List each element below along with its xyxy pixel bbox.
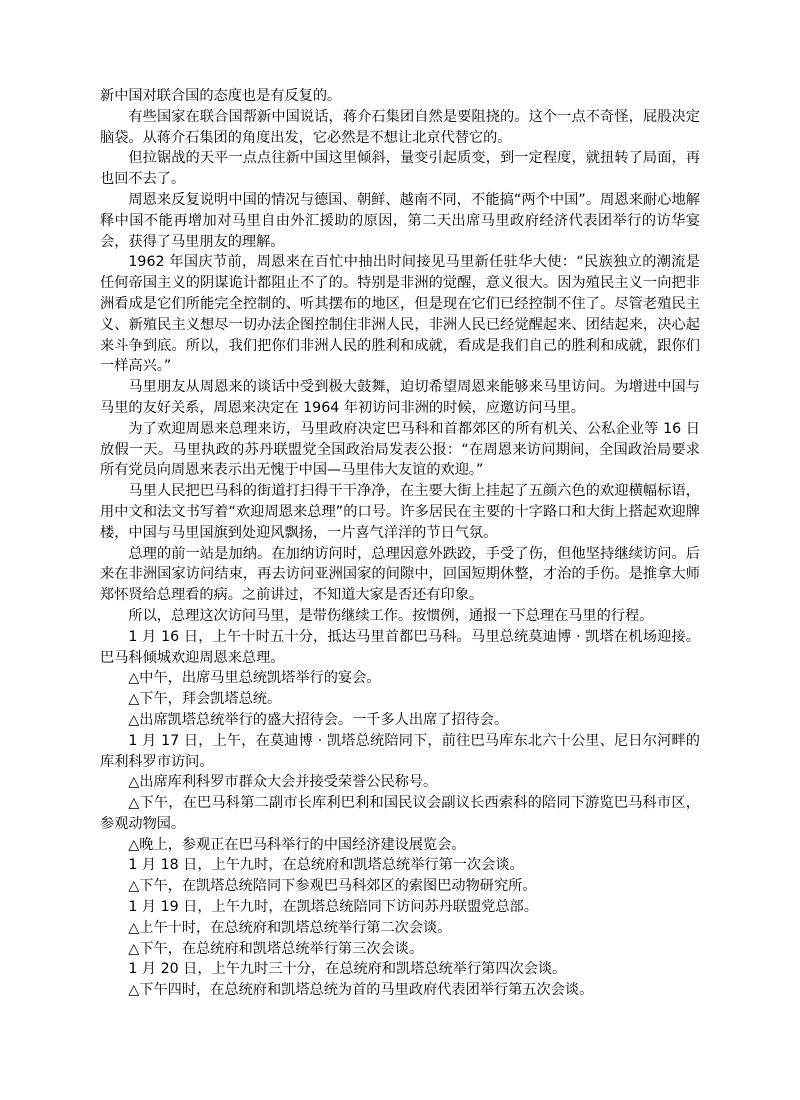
- itinerary-item: △中午，出席马里总统凯塔举行的宴会。: [100, 668, 700, 689]
- paragraph: 周恩来反复说明中国的情况与德国、朝鲜、越南不同，不能搞“两个中国”。周恩来耐心地…: [100, 190, 700, 252]
- itinerary-item: 1 月 16 日，上午十时五十分，抵达马里首都巴马科。马里总统莫迪博 · 凯塔在…: [100, 627, 700, 669]
- document-page: 新中国对联合国的态度也是有反复的。 有些国家在联合国帮新中国说话，蒋介石集团自然…: [100, 86, 700, 1001]
- itinerary-item: △出席凯塔总统举行的盛大招待会。一千多人出席了招待会。: [100, 710, 700, 731]
- paragraph: 但拉锯战的天平一点点往新中国这里倾斜，量变引起质变，到一定程度，就扭转了局面，再…: [100, 148, 700, 190]
- itinerary-item: △晚上，参观正在巴马科举行的中国经济建设展览会。: [100, 835, 700, 856]
- paragraph: 1962 年国庆节前，周恩来在百忙中抽出时间接见马里新任驻华大使：“民族独立的潮…: [100, 252, 700, 377]
- itinerary-item: △下午，拜会凯塔总统。: [100, 689, 700, 710]
- itinerary-item: △下午，在凯塔总统陪同下参观巴马科郊区的索图巴动物研究所。: [100, 876, 700, 897]
- itinerary-item: △上午十时，在总统府和凯塔总统举行第二次会谈。: [100, 918, 700, 939]
- itinerary-item: 1 月 19 日，上午九时，在凯塔总统陪同下访问苏丹联盟党总部。: [100, 897, 700, 918]
- itinerary-item: △下午四时，在总统府和凯塔总统为首的马里政府代表团举行第五次会谈。: [100, 980, 700, 1001]
- itinerary-item: △下午，在巴马科第二副市长库利巴利和国民议会副议长西索科的陪同下游览巴马科市区，…: [100, 793, 700, 835]
- paragraph: 总理的前一站是加纳。在加纳访问时，总理因意外跌跤，手受了伤，但他坚持继续访问。后…: [100, 544, 700, 606]
- paragraph: 有些国家在联合国帮新中国说话，蒋介石集团自然是要阻挠的。这个一点不奇怪，屁股决定…: [100, 107, 700, 149]
- paragraph: 所以，总理这次访问马里，是带伤继续工作。按惯例，通报一下总理在马里的行程。: [100, 606, 700, 627]
- itinerary-item: 1 月 20 日，上午九时三十分，在总统府和凯塔总统举行第四次会谈。: [100, 959, 700, 980]
- itinerary-item: 1 月 18 日，上午九时，在总统府和凯塔总统举行第一次会谈。: [100, 855, 700, 876]
- paragraph: 马里朋友从周恩来的谈话中受到极大鼓舞，迫切希望周恩来能够来马里访问。为增进中国与…: [100, 377, 700, 419]
- itinerary-item: 1 月 17 日，上午，在莫迪博 · 凯塔总统陪同下，前往巴马库东北六十公里、尼…: [100, 731, 700, 773]
- paragraph: 为了欢迎周恩来总理来访，马里政府决定巴马科和首都郊区的所有机关、公私企业等 16…: [100, 419, 700, 481]
- itinerary-item: △下午，在总统府和凯塔总统举行第三次会谈。: [100, 939, 700, 960]
- paragraph: 新中国对联合国的态度也是有反复的。: [100, 86, 700, 107]
- paragraph: 马里人民把巴马科的街道打扫得干干净净，在主要大街上挂起了五颜六色的欢迎横幅标语，…: [100, 481, 700, 543]
- itinerary-item: △出席库利科罗市群众大会并接受荣誉公民称号。: [100, 772, 700, 793]
